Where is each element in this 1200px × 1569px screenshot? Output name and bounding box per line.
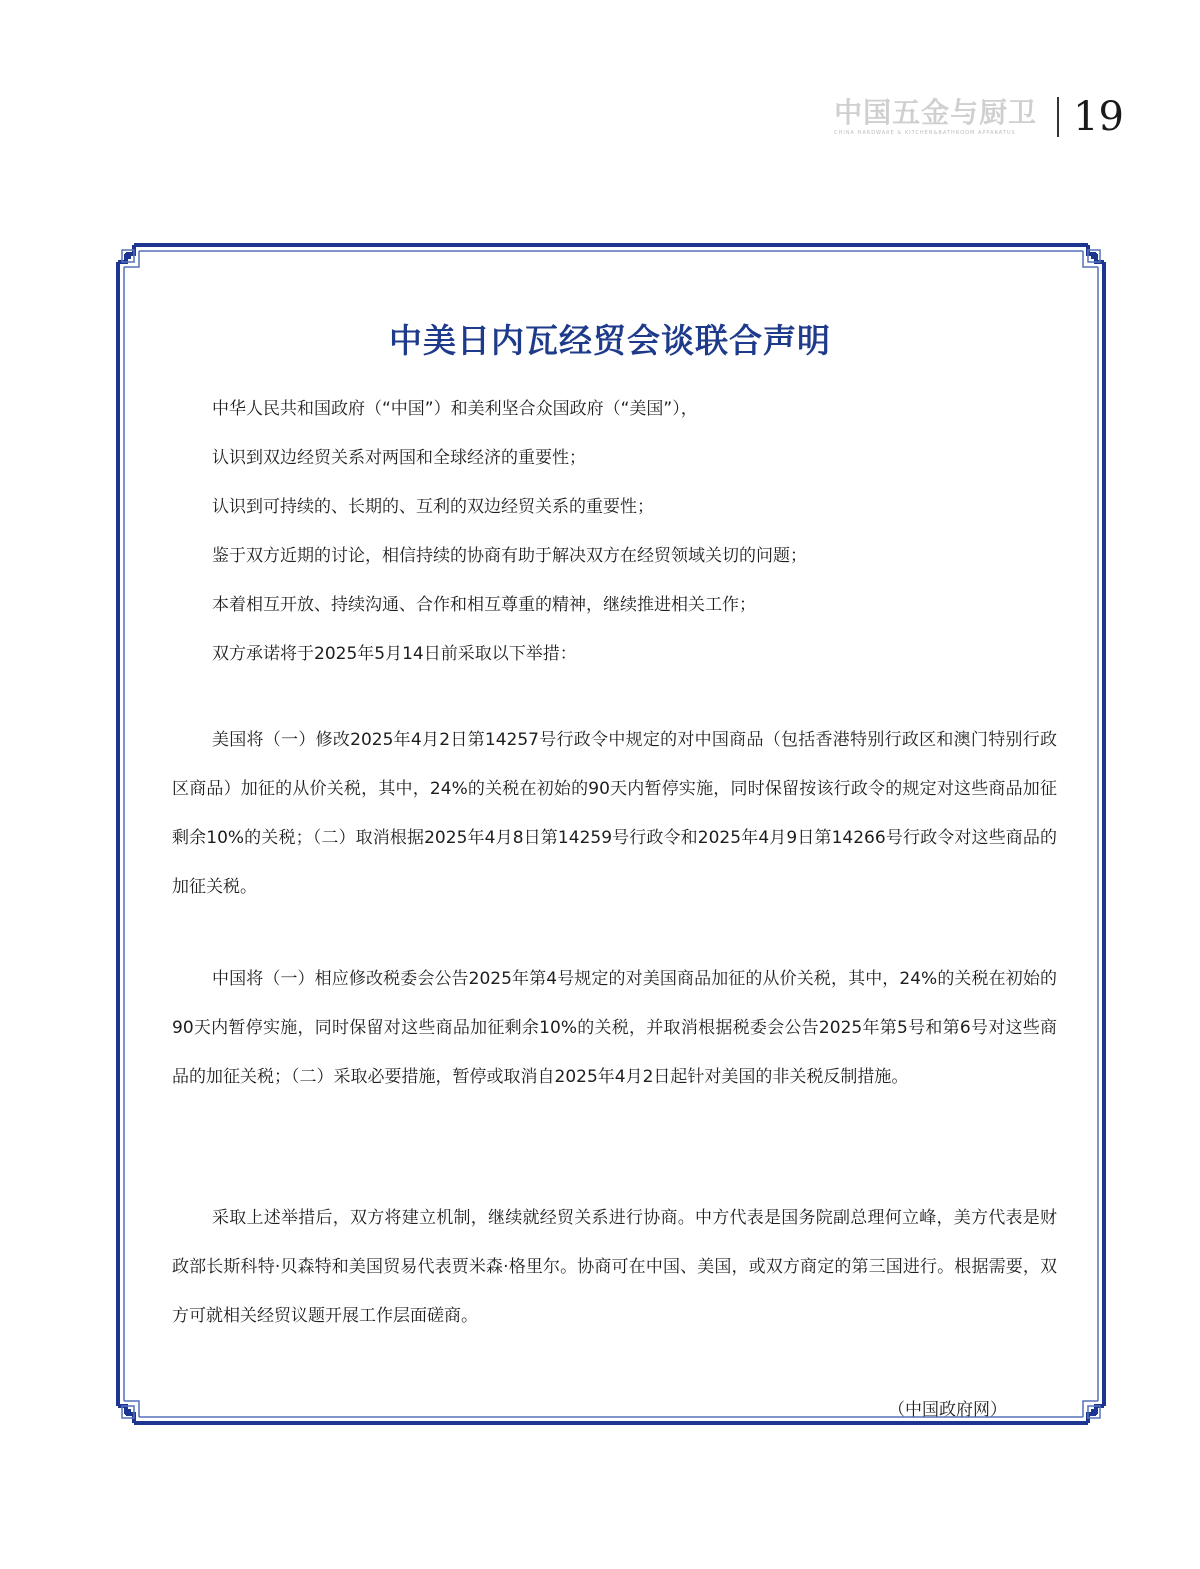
header-divider: [1057, 97, 1059, 137]
page-number: 19: [1073, 97, 1124, 137]
magazine-logo: 中国五金与厨卫 CHINA HARDWARE & KITCHEN&BATHROO…: [834, 98, 1037, 137]
consultation-mechanism-paragraph: 采取上述举措后，双方将建立机制，继续就经贸关系进行协商。中方代表是国务院副总理何…: [172, 1194, 1057, 1341]
preamble-line: 认识到双边经贸关系对两国和全球经济的重要性；: [212, 434, 1072, 483]
document-title: 中美日内瓦经贸会谈联合声明: [0, 315, 1200, 362]
source-attribution: （中国政府网）: [888, 1395, 1007, 1420]
preamble: 中华人民共和国政府（“中国”）和美利坚合众国政府（“美国”）， 认识到双边经贸关…: [212, 385, 1072, 679]
preamble-line: 鉴于双方近期的讨论，相信持续的协商有助于解决双方在经贸领域关切的问题；: [212, 532, 1072, 581]
preamble-line: 双方承诺将于2025年5月14日前采取以下举措：: [212, 630, 1072, 679]
preamble-line: 本着相互开放、持续沟通、合作和相互尊重的精神，继续推进相关工作；: [212, 581, 1072, 630]
logo-chinese-text: 中国五金与厨卫: [834, 98, 1037, 128]
preamble-line: 中华人民共和国政府（“中国”）和美利坚合众国政府（“美国”），: [212, 385, 1072, 434]
china-commitment-paragraph: 中国将（一）相应修改税委会公告2025年第4号规定的对美国商品加征的从价关税，其…: [172, 955, 1057, 1102]
page-header: 中国五金与厨卫 CHINA HARDWARE & KITCHEN&BATHROO…: [834, 92, 1124, 142]
us-commitment-paragraph: 美国将（一）修改2025年4月2日第14257号行政令中规定的对中国商品（包括香…: [172, 716, 1057, 912]
preamble-line: 认识到可持续的、长期的、互利的双边经贸关系的重要性；: [212, 483, 1072, 532]
logo-english-text: CHINA HARDWARE & KITCHEN&BATHROOM APPARA…: [834, 129, 1016, 137]
